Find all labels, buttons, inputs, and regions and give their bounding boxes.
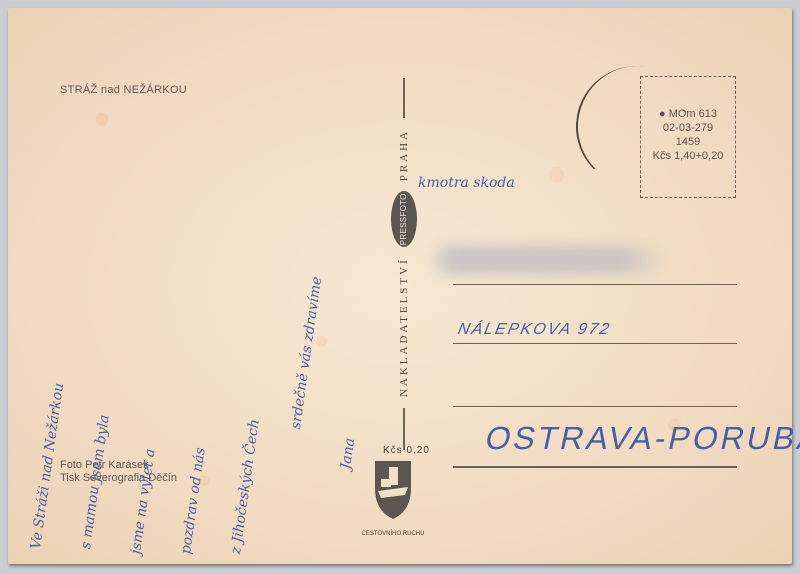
castle-shield-icon: CESTOVNÍHO RUCHU: [353, 443, 433, 538]
stamp-line: 1459: [641, 135, 735, 149]
place-title: STRÁŽ nad NEŽÁRKOU: [60, 84, 187, 96]
print-credit: Tisk Severografia Děčín: [60, 472, 177, 485]
stamp-line: Kčs 1,40+0,20: [641, 149, 735, 163]
printed-stamp: ● MOm 613 02-03-279 1459 Kčs 1,40+0,20: [640, 76, 736, 198]
pressfoto-logo-icon: PRESSFOTO: [391, 191, 417, 247]
svg-text:CESTOVNÍHO RUCHU: CESTOVNÍHO RUCHU: [362, 530, 425, 537]
publisher-label: NAKLADATELSTVÍ PRESSFOTO PRAHA: [382, 118, 426, 408]
stamp-line: ● MOm 613: [641, 107, 735, 121]
stamp-line: 02-03-279: [641, 121, 735, 135]
message-line: srdečně vás zdravíme: [288, 276, 325, 431]
publisher-left: NAKLADATELSTVÍ: [398, 257, 410, 397]
message-line: pozdrav od nás: [178, 447, 209, 556]
postcard-back: STRÁŽ nad NEŽÁRKOU Foto Petr Karásek Tis…: [8, 8, 792, 564]
address-line: [453, 406, 737, 407]
address-line: [453, 284, 737, 285]
emblem-price: Kčs 0,20: [383, 445, 430, 456]
tourism-emblem: Kčs 0,20 CESTOVNÍHO RUCHU: [353, 443, 433, 538]
photo-credits: Foto Petr Karásek Tisk Severografia Děčí…: [60, 459, 177, 485]
photo-credit: Foto Petr Karásek: [60, 459, 177, 472]
divider-line: [403, 78, 405, 118]
recipient-name-blurred: [428, 246, 668, 274]
recipient-note: kmotra skoda: [418, 175, 515, 191]
address-street: NÁLEPKOVA 972: [456, 321, 612, 339]
publisher-right: PRAHA: [398, 129, 410, 181]
address-city: OSTRAVA-PORUBA: [482, 420, 800, 457]
address-line: [453, 343, 737, 344]
address-line: [453, 466, 737, 468]
message-line: z Jihočeských Čech: [228, 418, 263, 555]
